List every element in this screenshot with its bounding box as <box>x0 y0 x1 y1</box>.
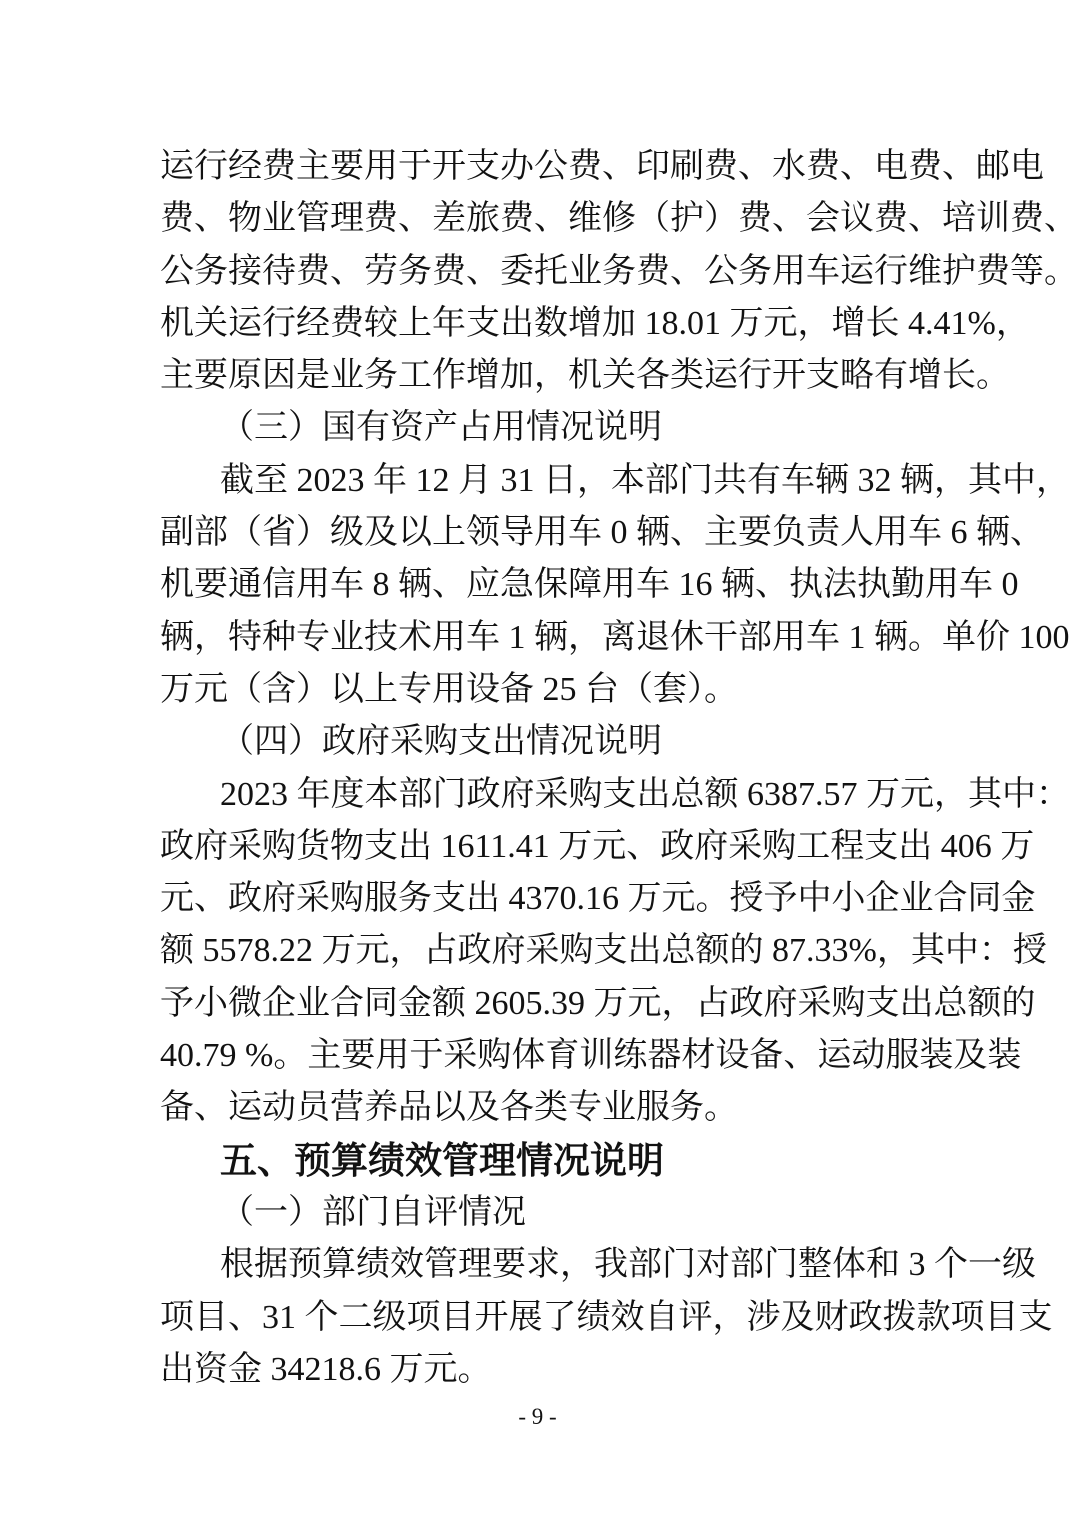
text-line: 运行经费主要用于开支办公费、印刷费、水费、电费、邮电 <box>160 141 908 193</box>
text-line: 机要通信用车 8 辆、应急保障用车 16 辆、执法执勤用车 0 <box>160 559 908 611</box>
text-line: 机关运行经费较上年支出数增加 18.01 万元，增长 4.41%， <box>160 298 908 350</box>
section-heading-budget-performance: 五、预算绩效管理情况说明 <box>160 1135 908 1187</box>
sub-heading-government-procurement: （四）政府采购支出情况说明 <box>160 716 908 768</box>
document-page: 运行经费主要用于开支办公费、印刷费、水费、电费、邮电 费、物业管理费、差旅费、维… <box>0 0 1075 1520</box>
sub-heading-self-evaluation: （一）部门自评情况 <box>160 1187 908 1239</box>
text-line: 费、物业管理费、差旅费、维修（护）费、会议费、培训费、 <box>160 193 908 245</box>
text-line: 根据预算绩效管理要求，我部门对部门整体和 3 个一级 <box>160 1239 908 1291</box>
document-content: 运行经费主要用于开支办公费、印刷费、水费、电费、邮电 费、物业管理费、差旅费、维… <box>160 141 908 1396</box>
text-line: 予小微企业合同金额 2605.39 万元，占政府采购支出总额的 <box>160 978 908 1030</box>
text-line: 主要原因是业务工作增加，机关各类运行开支略有增长。 <box>160 350 908 402</box>
text-line: 40.79 %。主要用于采购体育训练器材设备、运动服装及装 <box>160 1030 908 1082</box>
page-number: - 9 - <box>0 1402 1075 1432</box>
sub-heading-state-assets: （三）国有资产占用情况说明 <box>160 402 908 454</box>
text-line: 政府采购货物支出 1611.41 万元、政府采购工程支出 406 万 <box>160 821 908 873</box>
text-line: 副部（省）级及以上领导用车 0 辆、主要负责人用车 6 辆、 <box>160 507 908 559</box>
text-line: 项目、31 个二级项目开展了绩效自评，涉及财政拨款项目支 <box>160 1292 908 1344</box>
text-line: 公务接待费、劳务费、委托业务费、公务用车运行维护费等。 <box>160 246 908 298</box>
text-line: 额 5578.22 万元，占政府采购支出总额的 87.33%，其中：授 <box>160 925 908 977</box>
text-line: 备、运动员营养品以及各类专业服务。 <box>160 1082 908 1134</box>
text-line: 截至 2023 年 12 月 31 日，本部门共有车辆 32 辆，其中， <box>160 455 908 507</box>
text-line: 2023 年度本部门政府采购支出总额 6387.57 万元，其中： <box>160 769 908 821</box>
text-line: 万元（含）以上专用设备 25 台（套）。 <box>160 664 908 716</box>
text-line: 元、政府采购服务支出 4370.16 万元。授予中小企业合同金 <box>160 873 908 925</box>
text-line: 出资金 34218.6 万元。 <box>160 1344 908 1396</box>
text-line: 辆，特种专业技术用车 1 辆，离退休干部用车 1 辆。单价 100 <box>160 612 908 664</box>
